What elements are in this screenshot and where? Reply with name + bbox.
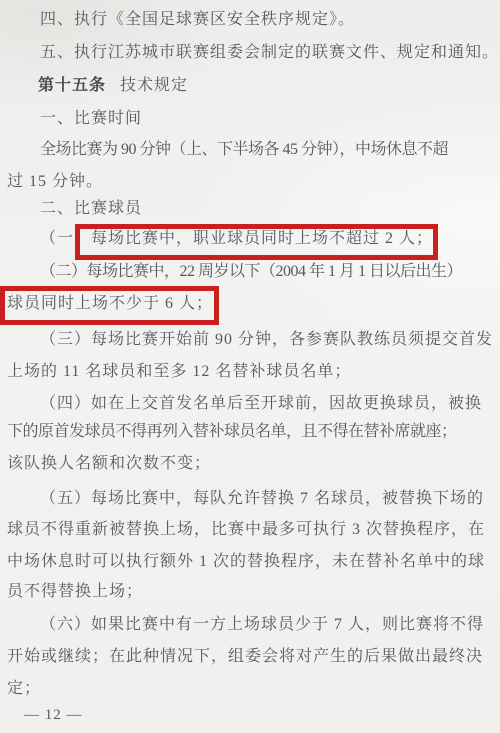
text-line: 一、比赛时间 [40,108,142,130]
highlight-box-rule2 [0,286,219,325]
highlight-box-rule1 [75,224,438,260]
text-line: （四）如在上交首发名单后至开球前，因故更换球员，被换 [40,393,482,415]
text-line: 四、执行《全国足球赛区安全秩序规定》。 [40,9,355,31]
text-line: 上场的 11 名球员和至多 12 名替补球员名单； [7,361,351,383]
text-line: 该队换人名额和次数不变； [7,453,211,475]
text-line: 中场休息时可以执行额外 1 次的替换程序，未在替补名单中的球 [7,551,485,573]
text-line: 员不得替换上场； [7,581,143,603]
text-line: （六）如果比赛中有一方上场球员少于 7 人，则比赛将不得 [40,614,484,636]
text-line: （五）每场比赛中，每队允许替换 7 名球员，被替换下场的 [40,488,484,510]
text-line: 五、执行江苏城市联赛组委会制定的联赛文件、规定和通知。 [40,42,499,64]
text-line: （三）每场比赛开始前 90 分钟，各参赛队教练员须提交首发 [40,329,493,351]
heading-article-number: 第十五条 [38,77,106,94]
text-line: 二、比赛球员 [40,198,142,220]
text-line: 全场比赛为 90 分钟（上、下半场各 45 分钟），中场休息不超 [40,139,448,161]
text-line: 定； [7,678,41,700]
text-line: （二）每场比赛中，22 周岁以下（2004 年 1 月 1 日以后出生） [40,261,462,283]
text-line: 开始或继续；在此种情况下，组委会将对产生的后果做出最终决 [7,646,483,668]
text-line: 过 15 分钟。 [7,171,103,193]
page-number: — 12 — [24,707,83,724]
article-heading: 第十五条技术规定 [38,75,188,97]
text-line: 球员不得重新被替换上场，比赛中最多可执行 3 次替换程序，在 [7,519,485,541]
heading-title: 技术规定 [120,77,188,94]
document-page: 四、执行《全国足球赛区安全秩序规定》。五、执行江苏城市联赛组委会制定的联赛文件、… [0,0,500,733]
text-line: 下的原首发球员不得再列入替补球员名单，且不得在替补席就座； [7,421,457,443]
